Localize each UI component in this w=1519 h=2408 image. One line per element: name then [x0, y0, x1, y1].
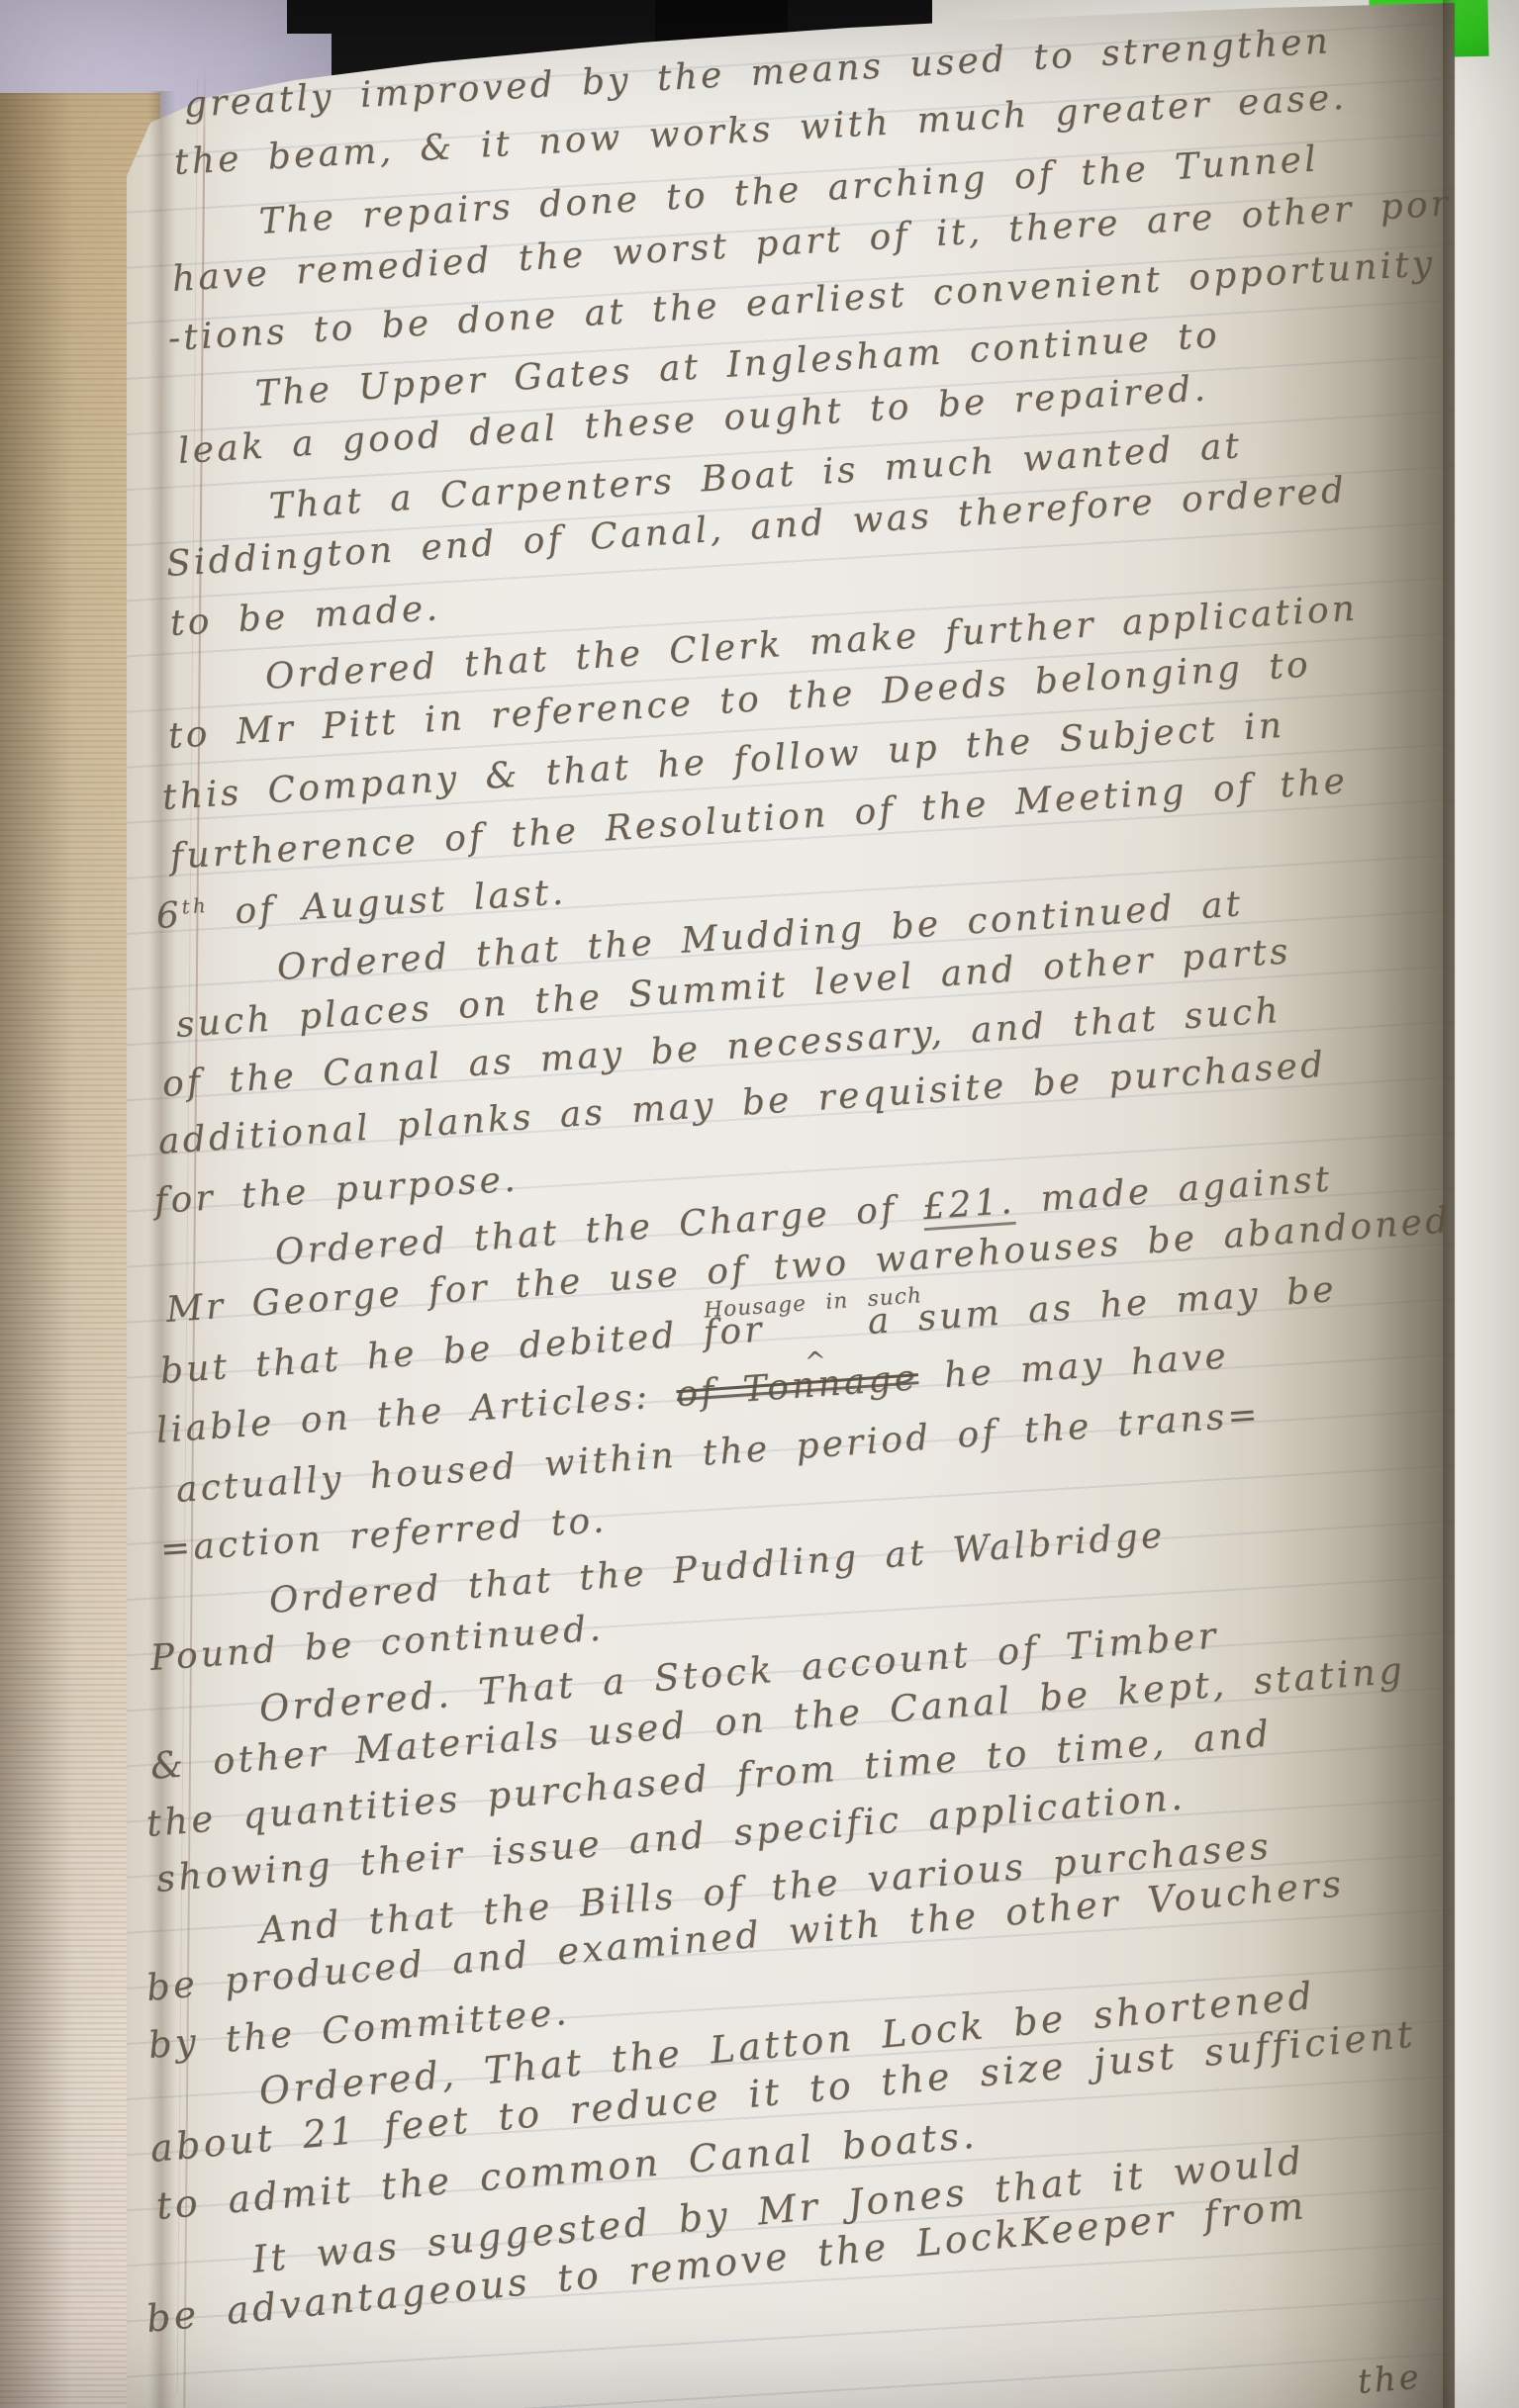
interlinear-insertion: Housage in such^ — [792, 1336, 843, 1340]
black-band-top — [287, 0, 932, 34]
photo-frame: greatly improved by the means used to st… — [0, 0, 1519, 2408]
manuscript-line: the — [1356, 2357, 1423, 2402]
